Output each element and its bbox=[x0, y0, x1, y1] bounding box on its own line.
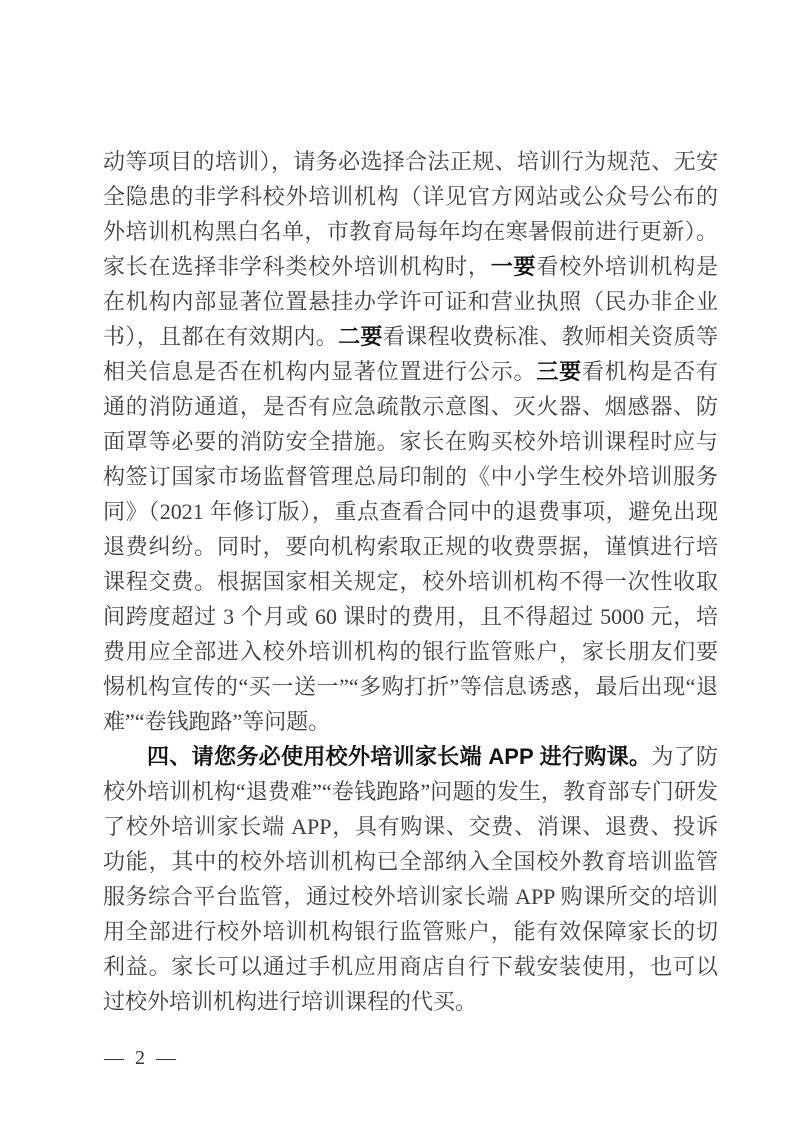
text-line: 退费纠纷。同时，要向机构索取正规的收费票据，谨慎进行培训 bbox=[103, 529, 718, 564]
page-number: — 2 — bbox=[104, 1044, 179, 1072]
body-text: 在机构内部显著位置悬挂办学许可证和营业执照（民办非企业证 bbox=[103, 289, 718, 319]
text-line: 过校外培训机构进行培训课程的代买。 bbox=[103, 984, 718, 1019]
body-text: 利益。家长可以通过手机应用商店自行下载安装使用，也可以通 bbox=[103, 954, 718, 984]
body-text: 外培训机构黑白名单，市教育局每年均在寒暑假前进行更新）。 bbox=[103, 219, 718, 244]
body-text: 难”“卷钱跑路”等问题。 bbox=[103, 709, 330, 734]
body-text: 过校外培训机构进行培训课程的代买。 bbox=[103, 989, 477, 1014]
body-text: 动等项目的培训），请务必选择合法正规、培训行为规范、无安 bbox=[103, 149, 718, 174]
text-line: 校外培训机构“退费难”“卷钱跑路”问题的发生，教育部专门研发 bbox=[103, 774, 718, 809]
text-line: 难”“卷钱跑路”等问题。 bbox=[103, 704, 718, 739]
text-line: 在机构内部显著位置悬挂办学许可证和营业执照（民办非企业证 bbox=[103, 284, 718, 319]
text-line: 间跨度超过 3 个月或 60 课时的费用，且不得超过 5000 元，培训 bbox=[103, 599, 718, 634]
paragraph-section-four: 四、请您务必使用校外培训家长端 APP 进行购课。为了防止校外培训机构“退费难”… bbox=[103, 739, 718, 1019]
body-text: 同》（2021 年修订版），重点查看合同中的退费事项，避免出现 bbox=[103, 499, 718, 524]
text-line: 课程交费。根据国家相关规定，校外培训机构不得一次性收取时 bbox=[103, 564, 718, 599]
body-text: 看课程收费标准、教师相关资质等 bbox=[383, 324, 718, 349]
body-text: 构签订国家市场监督管理总局印制的《中小学生校外培训服务合 bbox=[103, 464, 718, 494]
text-line: 了校外培训家长端 APP，具有购课、交费、消课、退费、投诉等 bbox=[103, 809, 718, 844]
text-line: 功能，其中的校外培训机构已全部纳入全国校外教育培训监管与 bbox=[103, 844, 718, 879]
text-line: 惕机构宣传的“买一送一”“多购打折”等信息诱惑，最后出现“退费 bbox=[103, 669, 718, 704]
body-text: 用全部进行校外培训机构银行监管账户，能有效保障家长的切身 bbox=[103, 919, 718, 949]
body-text: 面罩等必要的消防安全措施。家长在购买校外培训课程时应与机 bbox=[103, 429, 718, 459]
body-text: 服务综合平台监管，通过校外培训家长端 APP 购课所交的培训费 bbox=[103, 884, 718, 914]
text-line: 外培训机构黑白名单，市教育局每年均在寒暑假前进行更新）。 bbox=[103, 214, 718, 249]
body-text: 退费纠纷。同时，要向机构索取正规的收费票据，谨慎进行培训 bbox=[103, 534, 718, 564]
body-text: 费用应全部进入校外培训机构的银行监管账户，家长朋友们要警 bbox=[103, 639, 718, 669]
body-text: 家长在选择非学科类校外培训机构时， bbox=[103, 254, 491, 279]
paragraph-continued: 动等项目的培训），请务必选择合法正规、培训行为规范、无安全隐患的非学科校外培训机… bbox=[103, 144, 718, 739]
text-line: 服务综合平台监管，通过校外培训家长端 APP 购课所交的培训费 bbox=[103, 879, 718, 914]
body-text: 校外培训机构“退费难”“卷钱跑路”问题的发生，教育部专门研发 bbox=[103, 779, 718, 804]
text-line: 通的消防通道，是否有应急疏散示意图、灭火器、烟感器、防烟 bbox=[103, 389, 718, 424]
text-line: 相关信息是否在机构内显著位置进行公示。三要看机构是否有畅 bbox=[103, 354, 718, 389]
body-text: 惕机构宣传的“买一送一”“多购打折”等信息诱惑，最后出现“退费 bbox=[103, 674, 718, 704]
document-page: 动等项目的培训），请务必选择合法正规、培训行为规范、无安全隐患的非学科校外培训机… bbox=[0, 0, 800, 1131]
text-line: 动等项目的培训），请务必选择合法正规、培训行为规范、无安 bbox=[103, 144, 718, 179]
body-text: 了校外培训家长端 APP，具有购课、交费、消课、退费、投诉等 bbox=[103, 814, 718, 844]
text-line: 用全部进行校外培训机构银行监管账户，能有效保障家长的切身 bbox=[103, 914, 718, 949]
text-line: 面罩等必要的消防安全措施。家长在购买校外培训课程时应与机 bbox=[103, 424, 718, 459]
body-text: 间跨度超过 3 个月或 60 课时的费用，且不得超过 5000 元，培训 bbox=[103, 604, 718, 634]
body-text: 全隐患的非学科校外培训机构（详见官方网站或公众号公布的校 bbox=[103, 184, 718, 214]
body-text: 通的消防通道，是否有应急疏散示意图、灭火器、烟感器、防烟 bbox=[103, 394, 718, 424]
bold-text: 三要 bbox=[536, 359, 582, 384]
text-line: 利益。家长可以通过手机应用商店自行下载安装使用，也可以通 bbox=[103, 949, 718, 984]
body-text: 相关信息是否在机构内显著位置进行公示。 bbox=[103, 359, 536, 384]
body-text: 书），且都在有效期内。 bbox=[103, 324, 338, 349]
bold-text: 四、请您务必使用校外培训家长端 APP 进行购课。 bbox=[147, 744, 651, 769]
text-line: 家长在选择非学科类校外培训机构时，一要看校外培训机构是否 bbox=[103, 249, 718, 284]
text-line: 书），且都在有效期内。二要看课程收费标准、教师相关资质等 bbox=[103, 319, 718, 354]
text-line: 构签订国家市场监督管理总局印制的《中小学生校外培训服务合 bbox=[103, 459, 718, 494]
body-text: 课程交费。根据国家相关规定，校外培训机构不得一次性收取时 bbox=[103, 569, 718, 599]
body-text: 功能，其中的校外培训机构已全部纳入全国校外教育培训监管与 bbox=[103, 849, 718, 879]
text-line: 全隐患的非学科校外培训机构（详见官方网站或公众号公布的校 bbox=[103, 179, 718, 214]
text-line: 四、请您务必使用校外培训家长端 APP 进行购课。为了防止 bbox=[103, 739, 718, 774]
bold-text: 一要 bbox=[491, 254, 537, 279]
document-body: 动等项目的培训），请务必选择合法正规、培训行为规范、无安全隐患的非学科校外培训机… bbox=[103, 144, 718, 1019]
text-line: 费用应全部进入校外培训机构的银行监管账户，家长朋友们要警 bbox=[103, 634, 718, 669]
bold-text: 二要 bbox=[338, 324, 383, 349]
text-line: 同》（2021 年修订版），重点查看合同中的退费事项，避免出现 bbox=[103, 494, 718, 529]
